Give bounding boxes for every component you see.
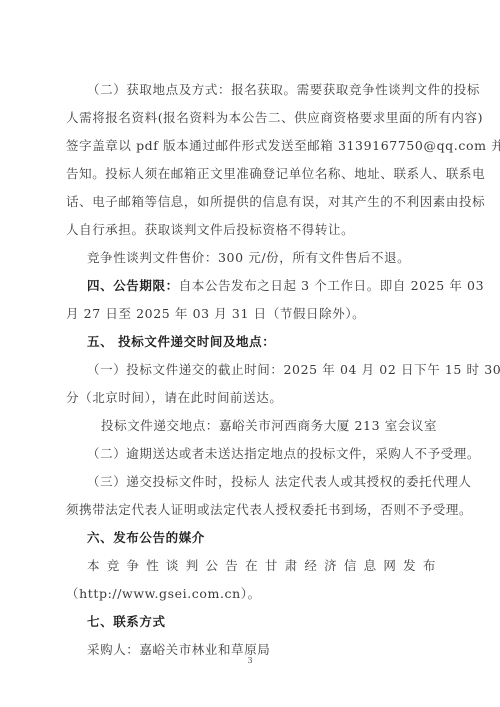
announcement-period-line: 四、公告期限：自本公告发布之日起 3 个工作日。即自 2025 年 03	[87, 278, 457, 294]
submission-location-line: 投标文件递交地点：嘉峪关市河西商务大厦 213 室会议室	[101, 418, 471, 434]
section-heading-4: 四、公告期限：	[87, 278, 179, 293]
section-heading-5: 五、 投标文件递交时间及地点：	[87, 334, 457, 350]
price-line: 竞争性谈判文件售价：300 元/份，所有文件售后不退。	[87, 250, 457, 266]
paragraph-line: 话、电子邮箱等信息，如所提供的信息有误，对其产生的不利因素由投标	[66, 194, 436, 210]
paragraph-line: 人需将报名资料(报名资料为本公告二、供应商资格要求里面的所有内容)	[66, 110, 436, 126]
paragraph-line: 月 27 日至 2025 年 03 月 31 日（节假日除外）。	[66, 306, 436, 322]
paragraph-line: 人自行承担。获取谈判文件后投标资格不得转让。	[66, 222, 436, 238]
section-heading-6: 六、发布公告的媒介	[87, 530, 457, 546]
page-number: 3	[0, 656, 500, 665]
paragraph-line: 须携带法定代表人证明或法定代表人授权委托书到场，否则不予受理。	[66, 502, 436, 518]
paragraph-line: 分（北京时间），请在此时间前送达。	[66, 390, 436, 406]
paragraph-line: （二）获取地点及方式：报名获取。需要获取竞争性谈判文件的投标	[87, 82, 457, 98]
paragraph-line: 告知。投标人须在邮箱正文里准确登记单位名称、地址、联系人、联系电	[66, 166, 436, 182]
paragraph-line: （二）逾期送达或者未送达指定地点的投标文件，采购人不予受理。	[87, 446, 457, 462]
announcement-period-text: 自本公告发布之日起 3 个工作日。即自 2025 年 03	[179, 278, 484, 293]
document-page: （二）获取地点及方式：报名获取。需要获取竞争性谈判文件的投标 人需将报名资料(报…	[0, 0, 500, 707]
paragraph-line: 本竞争性谈判公告在甘肃经济信息网发布	[87, 558, 436, 574]
section-heading-7: 七、联系方式	[87, 614, 457, 630]
website-link[interactable]: （http://www.gsei.com.cn）。	[66, 586, 436, 602]
paragraph-line: （三）递交投标文件时，投标人 法定代表人或其授权的委托代理人	[87, 474, 457, 490]
paragraph-line: 签字盖章以 pdf 版本通过邮件形式发送至邮箱 3139167750@qq.co…	[66, 138, 436, 154]
deadline-line: （一）投标文件递交的截止时间：2025 年 04 月 02 日下午 15 时 3…	[87, 362, 457, 378]
